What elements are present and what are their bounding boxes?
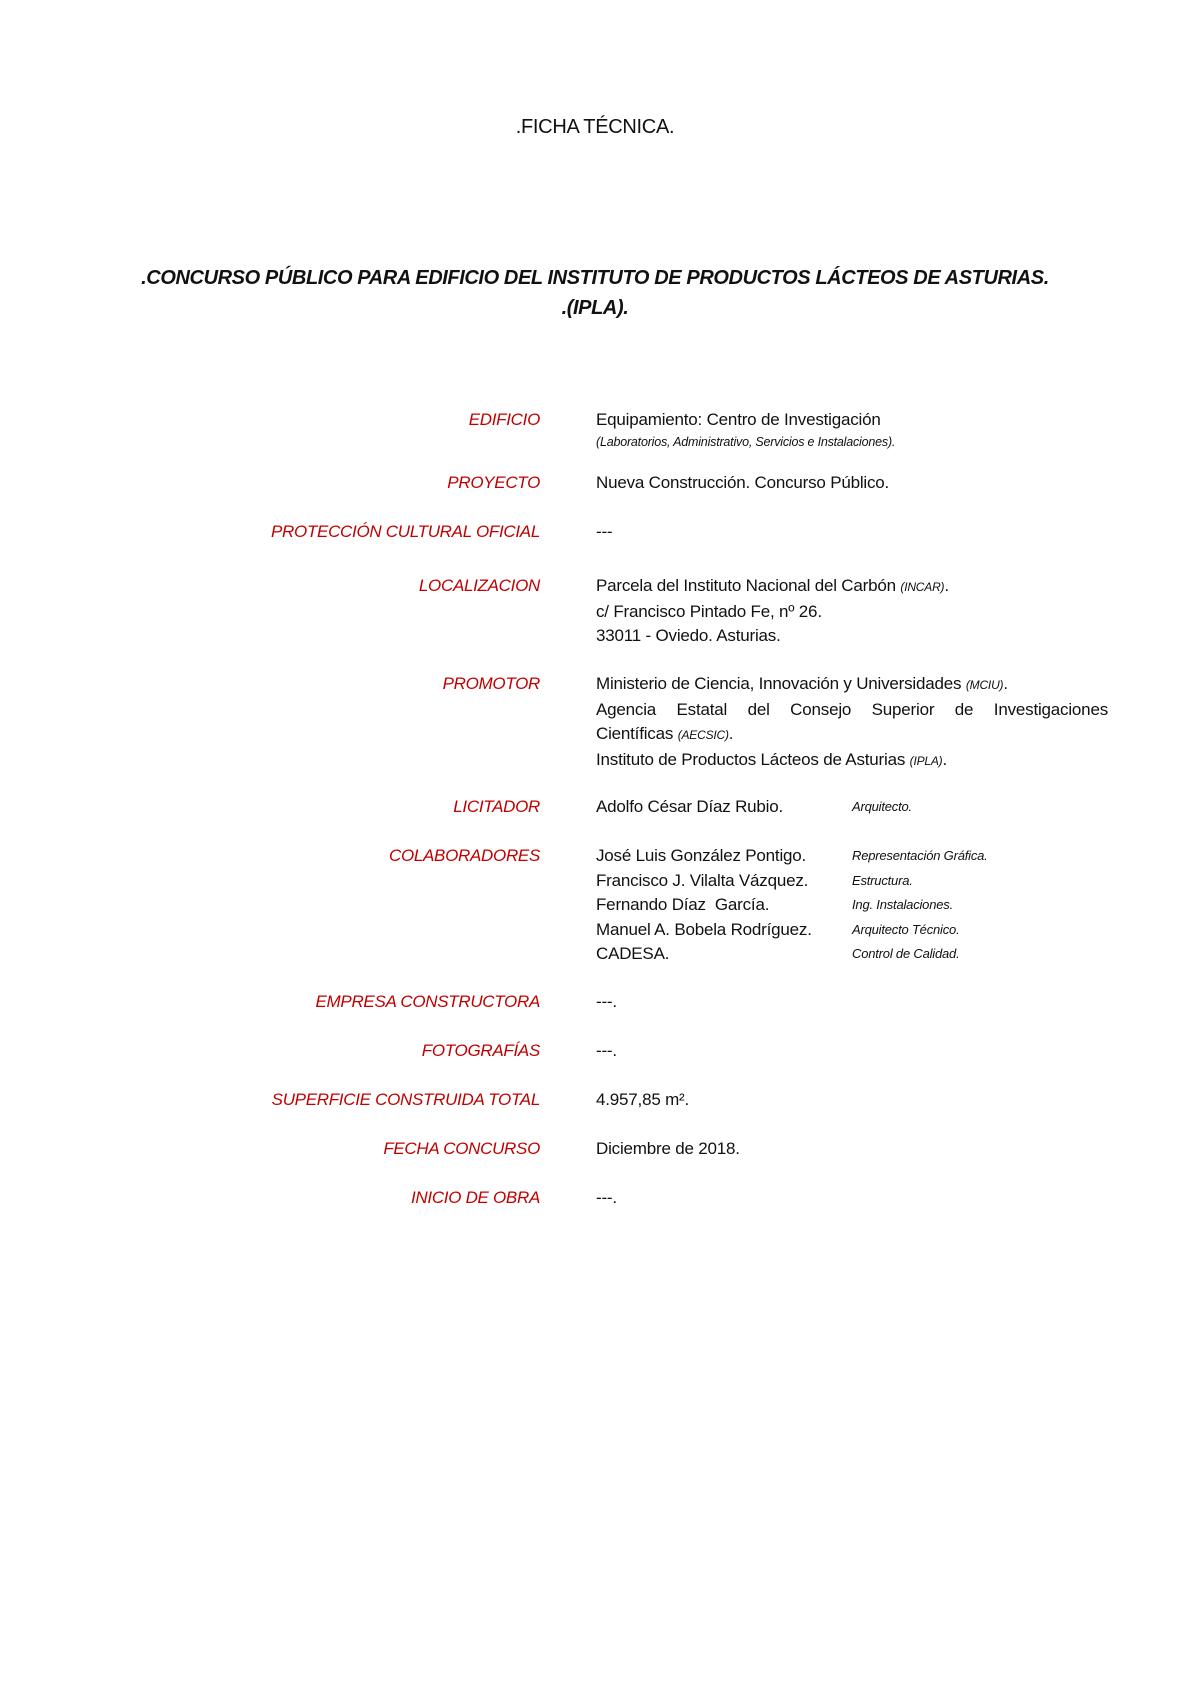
promotor-text: Ministerio de Ciencia, Innovación y Univ… bbox=[596, 674, 961, 693]
field-label: PROTECCIÓN CULTURAL OFICIAL bbox=[271, 520, 540, 544]
field-value: ---. bbox=[596, 1039, 1108, 1064]
field-value: Parcela del Instituto Nacional del Carbó… bbox=[596, 574, 1108, 649]
edificio-value: Equipamiento: Centro de Investigación bbox=[596, 408, 1108, 433]
colaborador-name: Fernando Díaz García. bbox=[596, 893, 769, 918]
project-title-line-1: .CONCURSO PÚBLICO PARA EDIFICIO DEL INST… bbox=[0, 263, 1190, 293]
colaborador-role: Representación Gráfica. bbox=[852, 844, 988, 869]
field-value: Ministerio de Ciencia, Innovación y Univ… bbox=[596, 672, 1108, 773]
superficie-value: 4.957,85 m². bbox=[596, 1088, 1108, 1113]
field-value: ---. bbox=[596, 1186, 1108, 1211]
proteccion-value: --- bbox=[596, 520, 1108, 545]
edificio-note: (Laboratorios, Administrativo, Servicios… bbox=[596, 433, 1108, 451]
colaborador-name: Manuel A. Bobela Rodríguez. bbox=[596, 918, 812, 943]
field-label: SUPERFICIE CONSTRUIDA TOTAL bbox=[272, 1088, 540, 1112]
abbr: (AECSIC) bbox=[678, 728, 729, 742]
licitador-name: Adolfo César Díaz Rubio. bbox=[596, 795, 783, 820]
fotografias-value: ---. bbox=[596, 1039, 1108, 1064]
list-item: Francisco J. Vilalta Vázquez. Estructura… bbox=[0, 869, 1190, 894]
colaborador-role: Ing. Instalaciones. bbox=[852, 893, 953, 918]
localizacion-line-1: Parcela del Instituto Nacional del Carbó… bbox=[596, 574, 1108, 600]
promotor-text: Científicas bbox=[596, 724, 673, 743]
localizacion-text: Parcela del Instituto Nacional del Carbó… bbox=[596, 576, 896, 595]
field-label: EDIFICIO bbox=[469, 408, 540, 432]
field-value: Nueva Construcción. Concurso Público. bbox=[596, 471, 1108, 496]
field-label: FOTOGRAFÍAS bbox=[422, 1039, 540, 1063]
document-title: .FICHA TÉCNICA. bbox=[0, 116, 1190, 139]
field-value: 4.957,85 m². bbox=[596, 1088, 1108, 1113]
list-item: José Luis González Pontigo. Representaci… bbox=[0, 844, 1190, 869]
colaborador-name: CADESA. bbox=[596, 942, 669, 967]
colaboradores-list: José Luis González Pontigo. Representaci… bbox=[0, 844, 1190, 967]
localizacion-line-2: c/ Francisco Pintado Fe, nº 26. bbox=[596, 600, 1108, 625]
period: . bbox=[729, 724, 734, 743]
promotor-line-1: Ministerio de Ciencia, Innovación y Univ… bbox=[596, 672, 1108, 698]
abbr: (MCIU) bbox=[966, 678, 1003, 692]
fecha-value: Diciembre de 2018. bbox=[596, 1137, 1108, 1162]
promotor-text: Instituto de Productos Lácteos de Asturi… bbox=[596, 750, 905, 769]
licitador-entry: Adolfo César Díaz Rubio. Arquitecto. bbox=[0, 795, 1190, 820]
colaborador-role: Arquitecto Técnico. bbox=[852, 918, 959, 943]
period: . bbox=[944, 576, 949, 595]
project-title-line-2: .(IPLA). bbox=[0, 293, 1190, 323]
project-title: .CONCURSO PÚBLICO PARA EDIFICIO DEL INST… bbox=[0, 263, 1190, 323]
field-label: PROYECTO bbox=[447, 471, 540, 495]
inicio-value: ---. bbox=[596, 1186, 1108, 1211]
field-value: Adolfo César Díaz Rubio. Arquitecto. bbox=[0, 795, 1190, 820]
promotor-line-4: Instituto de Productos Lácteos de Asturi… bbox=[596, 748, 1108, 774]
field-value: ---. bbox=[596, 990, 1108, 1015]
field-label: PROMOTOR bbox=[443, 672, 540, 696]
field-label: LOCALIZACION bbox=[419, 574, 540, 598]
abbr: (IPLA) bbox=[910, 754, 943, 768]
localizacion-line-3: 33011 - Oviedo. Asturias. bbox=[596, 624, 1108, 649]
field-value: Equipamiento: Centro de Investigación (L… bbox=[596, 408, 1108, 451]
empresa-value: ---. bbox=[596, 990, 1108, 1015]
licitador-role: Arquitecto. bbox=[852, 795, 912, 820]
field-value: Diciembre de 2018. bbox=[596, 1137, 1108, 1162]
promotor-line-3: Científicas (AECSIC). bbox=[596, 722, 1108, 748]
abbr: (INCAR) bbox=[900, 580, 944, 594]
field-label: EMPRESA CONSTRUCTORA bbox=[316, 990, 540, 1014]
colaborador-role: Estructura. bbox=[852, 869, 913, 894]
field-value: --- bbox=[596, 520, 1108, 545]
promotor-line-2: Agencia Estatal del Consejo Superior de … bbox=[596, 698, 1108, 723]
list-item: CADESA. Control de Calidad. bbox=[0, 942, 1190, 967]
field-label: FECHA CONCURSO bbox=[383, 1137, 540, 1161]
colaborador-name: José Luis González Pontigo. bbox=[596, 844, 806, 869]
proyecto-value: Nueva Construcción. Concurso Público. bbox=[596, 471, 1108, 496]
period: . bbox=[1003, 674, 1008, 693]
list-item: Manuel A. Bobela Rodríguez. Arquitecto T… bbox=[0, 918, 1190, 943]
colaborador-name: Francisco J. Vilalta Vázquez. bbox=[596, 869, 808, 894]
field-label: INICIO DE OBRA bbox=[411, 1186, 540, 1210]
list-item: Fernando Díaz García. Ing. Instalaciones… bbox=[0, 893, 1190, 918]
colaborador-role: Control de Calidad. bbox=[852, 942, 960, 967]
period: . bbox=[942, 750, 947, 769]
